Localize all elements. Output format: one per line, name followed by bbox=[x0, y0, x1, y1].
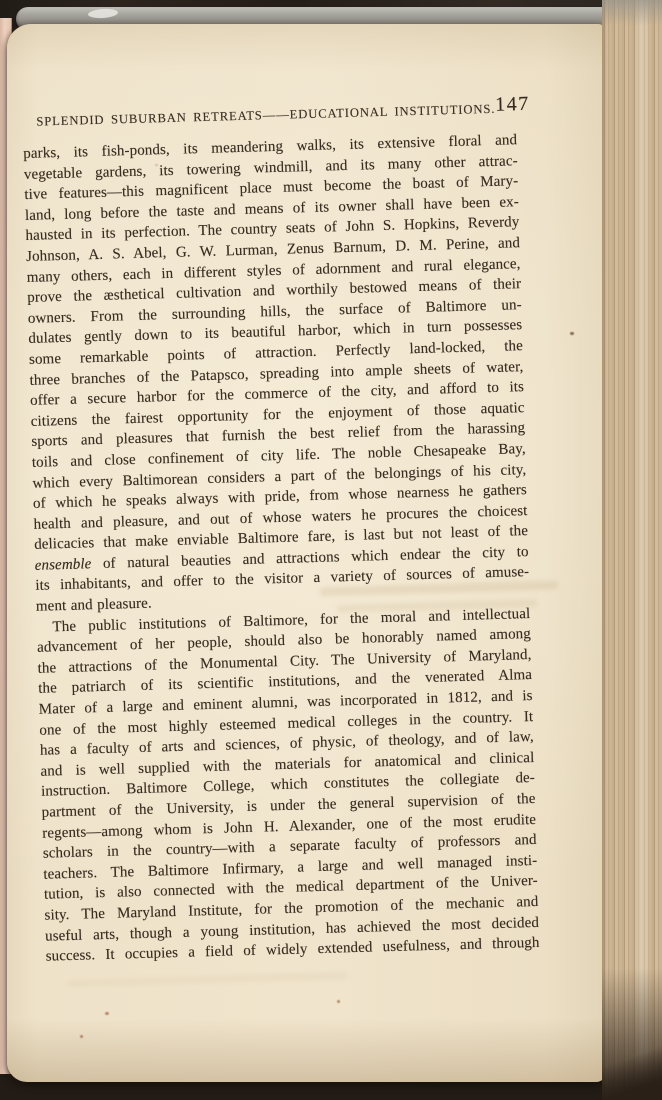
foxing-spot bbox=[80, 1035, 83, 1038]
running-header: SPLENDID SUBURBAN RETREATS——EDUCATIONAL … bbox=[22, 94, 516, 130]
paragraph-2: The public institutions of Baltimore, fo… bbox=[36, 604, 540, 968]
foxing-spot bbox=[105, 1012, 109, 1015]
page-number: 147 bbox=[495, 93, 530, 117]
book-page: SPLENDID SUBURBAN RETREATS——EDUCATIONAL … bbox=[7, 24, 606, 1082]
running-title: SPLENDID SUBURBAN RETREATS——EDUCATIONAL … bbox=[22, 102, 495, 130]
page-edges-corner-shadow bbox=[602, 1038, 662, 1100]
page-content: SPLENDID SUBURBAN RETREATS——EDUCATIONAL … bbox=[22, 94, 540, 967]
book-scan-photo: SPLENDID SUBURBAN RETREATS——EDUCATIONAL … bbox=[0, 0, 662, 1100]
page-edges-stack bbox=[602, 0, 662, 1100]
foxing-spot bbox=[155, 164, 158, 166]
ink-bleed-artifact bbox=[67, 972, 347, 987]
foxing-spot bbox=[337, 1000, 340, 1003]
foxing-spot bbox=[570, 332, 574, 335]
paragraph-1: parks, its fish-ponds, its meandering wa… bbox=[23, 130, 530, 617]
